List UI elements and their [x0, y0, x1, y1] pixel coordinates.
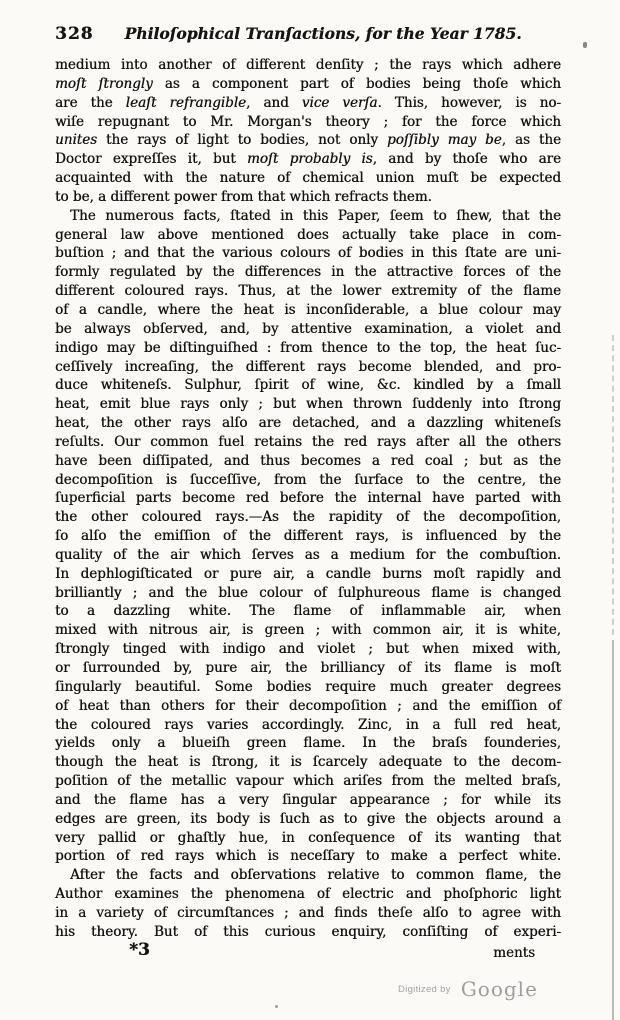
running-header: 328 Philoſophical Tranſactions, for the …: [55, 24, 563, 48]
text-line: are the leaſt refrangible, and vice verſ…: [55, 94, 561, 113]
text-line: ſuperficial parts become red before the …: [55, 489, 561, 508]
scanned-book-page: 328 Philoſophical Tranſactions, for the …: [0, 0, 620, 1020]
text-line: of heat than others for their decompoſit…: [55, 697, 561, 716]
text-line: Author examines the phenomena of electri…: [55, 885, 561, 904]
text-line: acquainted with the nature of chemical u…: [55, 169, 561, 188]
text-line: heat, emit blue rays only ; but when thr…: [55, 395, 561, 414]
text-line: though the heat is ſtrong, it is ſcarcel…: [55, 753, 561, 772]
text-line: duce whiteneſs. Sulphur, ſpirit of wine,…: [55, 376, 561, 395]
text-line: heat, the other rays alſo are detached, …: [55, 414, 561, 433]
text-line: Doctor expreſſes it, but moſt probably i…: [55, 150, 561, 169]
running-title: Philoſophical Tranſactions, for the Year…: [125, 24, 522, 43]
text-line: ceſſively increaſing, the different rays…: [55, 358, 561, 377]
text-line: edges are green, its body is ſuch as to …: [55, 810, 561, 829]
text-line: After the facts and obſervations relativ…: [55, 866, 561, 885]
text-line: medium into another of different denſity…: [55, 56, 561, 75]
signature-mark: *3: [129, 940, 150, 960]
text-line: the other coloured rays.—As the rapidity…: [55, 508, 561, 527]
text-line: or ſurrounded by, pure air, the brillian…: [55, 659, 561, 678]
text-line: in a variety of circumſtances ; and find…: [55, 904, 561, 923]
text-line: brilliantly ; and the blue colour of ſul…: [55, 584, 561, 603]
text-line: moſt ſtrongly as a component part of bod…: [55, 75, 561, 94]
text-line: very pallid or ghaſtly hue, in conſequen…: [55, 829, 561, 848]
text-line: reſults. Our common fuel retains the red…: [55, 433, 561, 452]
text-line: The numerous facts, ſtated in this Paper…: [55, 207, 561, 226]
text-line: different coloured rays. Thus, at the lo…: [55, 282, 561, 301]
google-watermark: Digitized by Google: [398, 977, 538, 1001]
text-line: decompoſition is ſucceſſive, from the ſu…: [55, 471, 561, 490]
text-line: of a candle, where the heat is inconſide…: [55, 301, 561, 320]
text-line: formly regulated by the differences in t…: [55, 263, 561, 282]
scan-edge-artifact-lower: [612, 640, 614, 1020]
text-line: poſition of the metallic vapour which ar…: [55, 772, 561, 791]
page-text-block: medium into another of different denſity…: [55, 56, 561, 942]
text-line: to a dazzling white. The flame of inflam…: [55, 602, 561, 621]
page-number: 328: [55, 24, 94, 44]
text-line: ſtrongly tinged with indigo and violet ;…: [55, 640, 561, 659]
text-line: and the flame has a very ſingular appear…: [55, 791, 561, 810]
ink-speck: [583, 42, 587, 48]
catchword: ments: [493, 945, 535, 961]
text-line: buſtion ; and that the various colours o…: [55, 244, 561, 263]
scan-edge-artifact-upper: [612, 335, 614, 635]
text-line: In dephlogiſticated or pure air, a candl…: [55, 565, 561, 584]
paragraph: The numerous facts, ſtated in this Paper…: [55, 207, 561, 867]
ink-speck: [275, 1005, 278, 1008]
paragraph: medium into another of different denſity…: [55, 56, 561, 207]
text-line: unites the rays of light to bodies, not …: [55, 131, 561, 150]
text-line: wiſe repugnant to Mr. Morgan's theory ; …: [55, 113, 561, 132]
google-logo: Google: [461, 977, 538, 1001]
text-line: yields only a blueiſh green flame. In th…: [55, 734, 561, 753]
text-line: portion of red rays which is neceſſary t…: [55, 847, 561, 866]
text-line: ſingularly beautiful. Some bodies requir…: [55, 678, 561, 697]
text-line: to be, a different power from that which…: [55, 188, 561, 207]
paragraph: After the facts and obſervations relativ…: [55, 866, 561, 941]
text-line: his theory. But of this curious enquiry,…: [55, 923, 561, 942]
text-line: the coloured rays varies accordingly. Zi…: [55, 716, 561, 735]
text-line: mixed with nitrous air, is green ; with …: [55, 621, 561, 640]
text-line: indigo may be diſtinguiſhed : from thenc…: [55, 339, 561, 358]
foot-line: *3 ments: [55, 940, 561, 964]
watermark-prefix: Digitized by: [398, 984, 451, 995]
text-line: quality of the air which ſerves as a med…: [55, 546, 561, 565]
text-line: have been diſſipated, and thus becomes a…: [55, 452, 561, 471]
text-line: be always obſerved, and, by attentive ex…: [55, 320, 561, 339]
text-line: general law above mentioned does actuall…: [55, 226, 561, 245]
text-line: ſo alſo the emiſſion of the different ra…: [55, 527, 561, 546]
